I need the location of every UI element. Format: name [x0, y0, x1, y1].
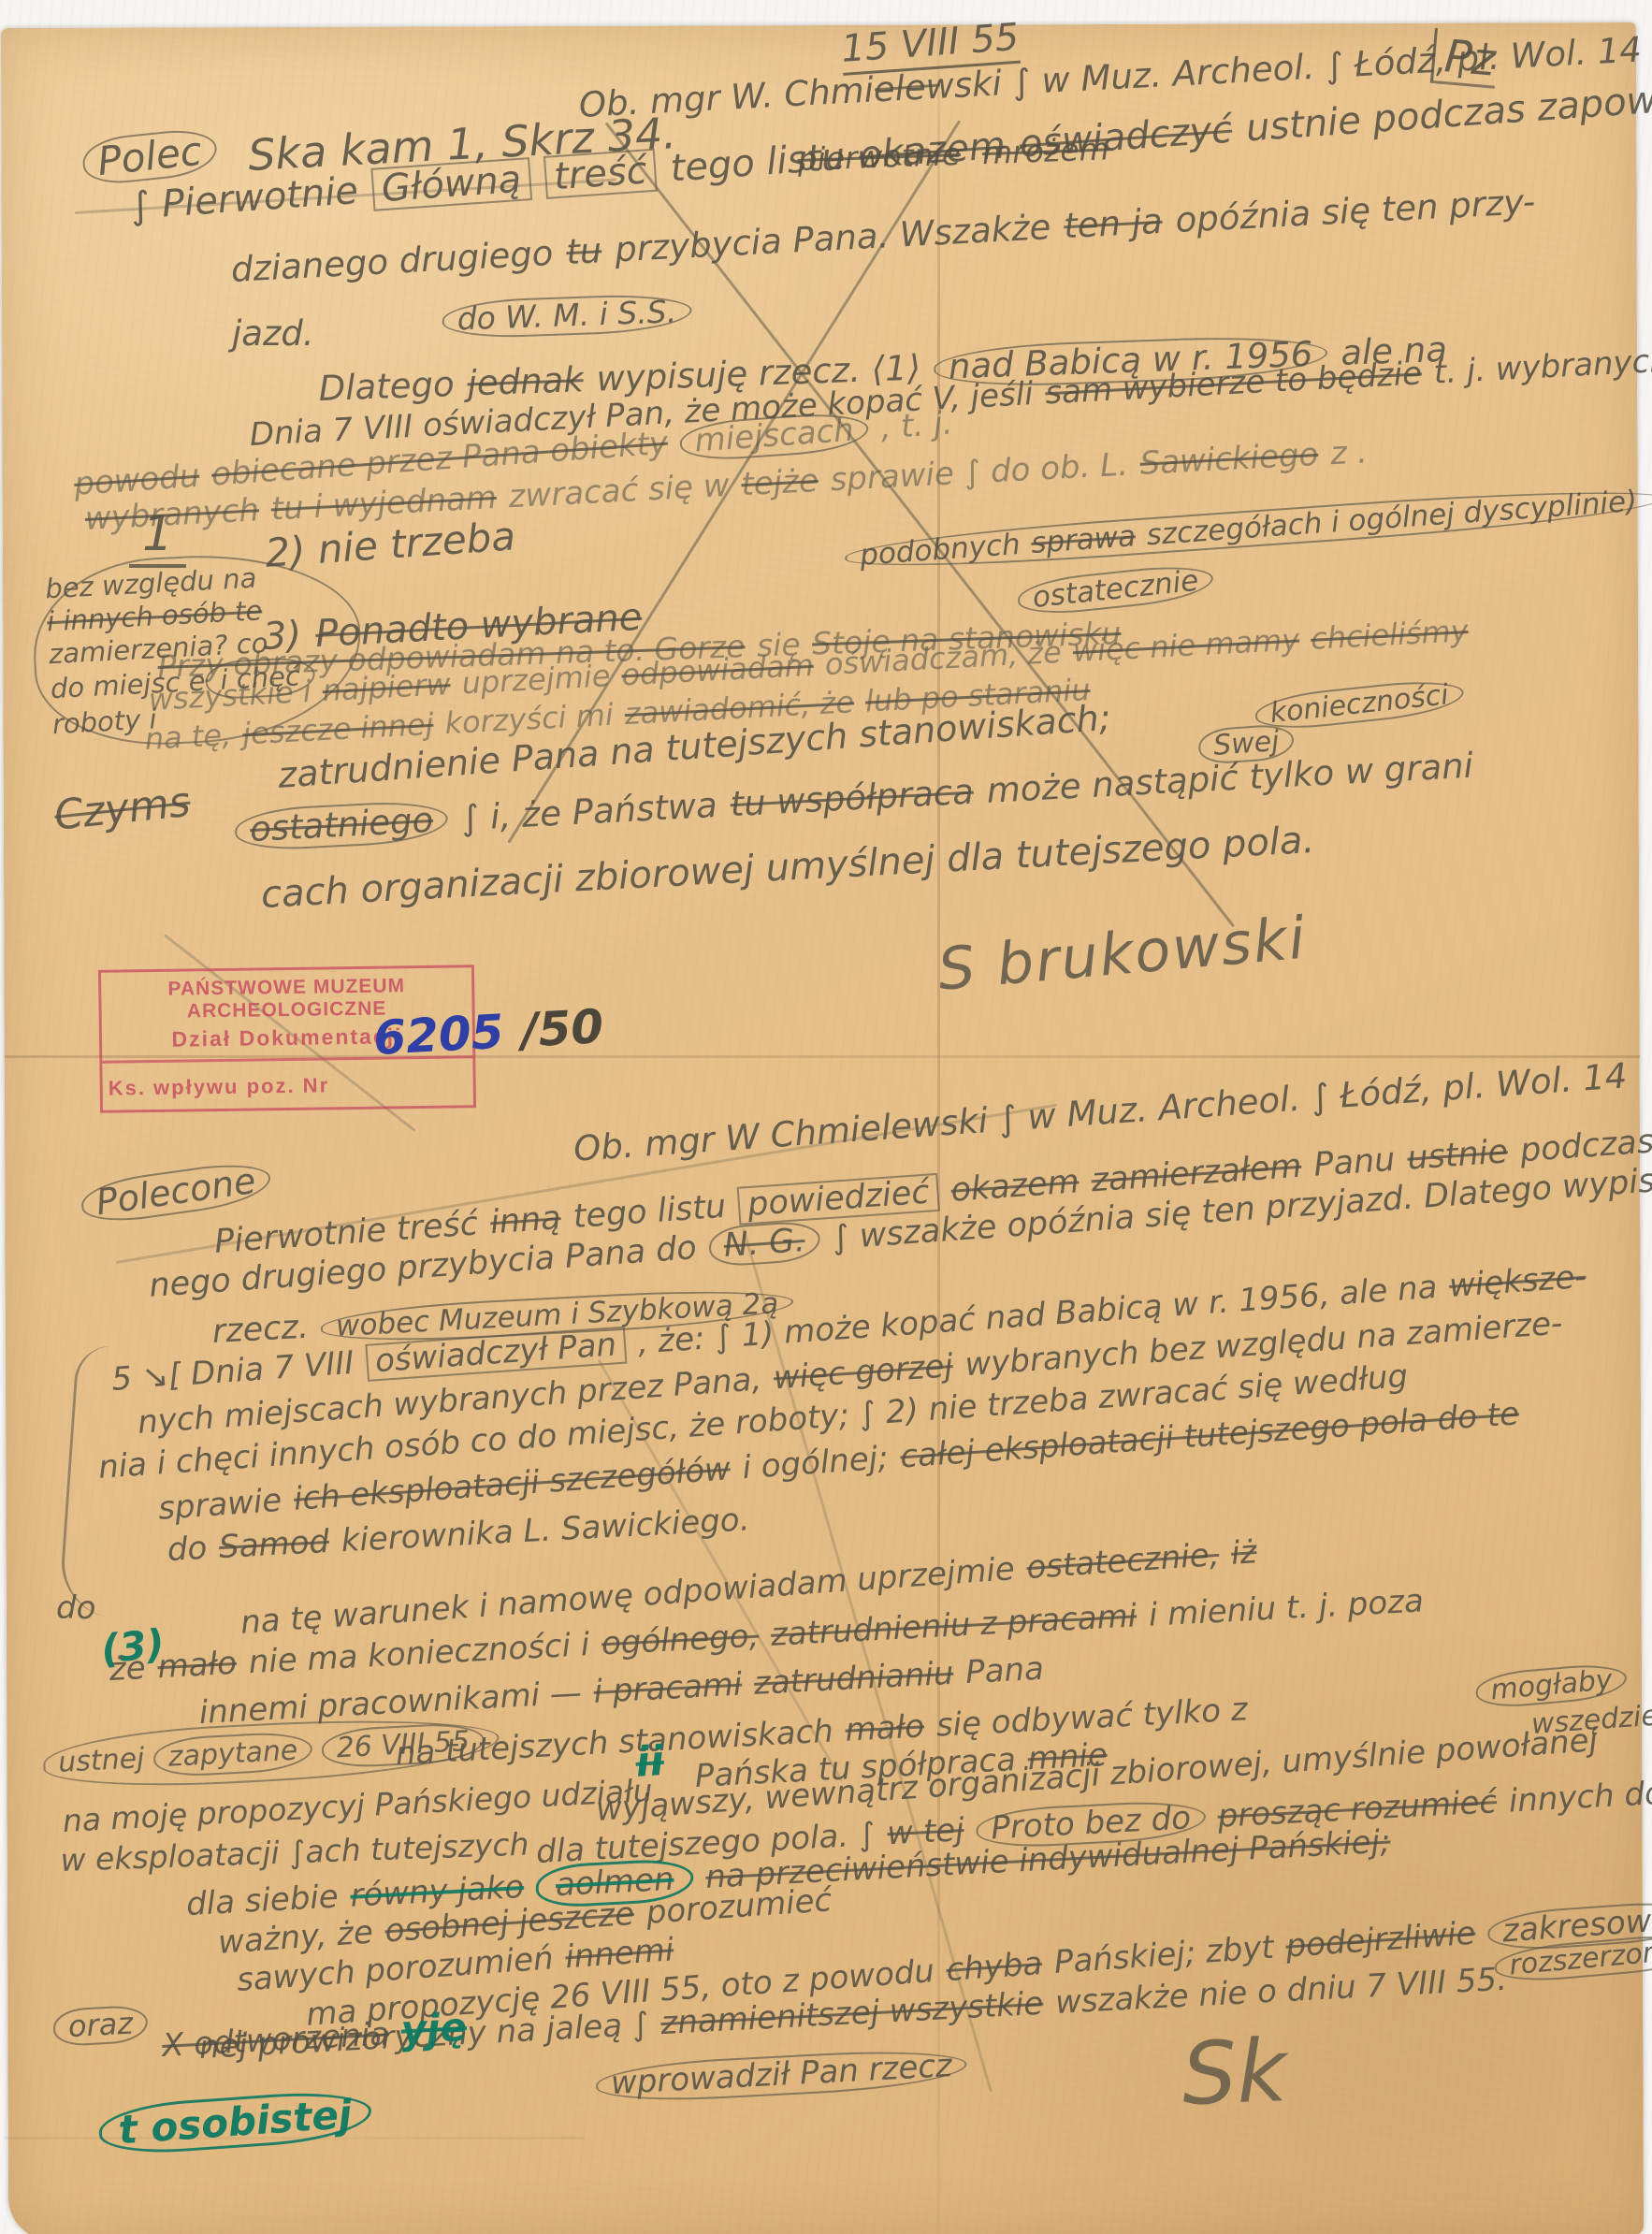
draft2-circle-oraz: oraz	[52, 2004, 160, 2046]
registry-number: 6205/50	[372, 1001, 622, 1063]
museum-stamp-line3: Ks. wpływu poz. Nr	[102, 1058, 473, 1110]
registry-number-blue: 6205	[372, 1005, 505, 1066]
draft1-line-3: jazd.	[232, 316, 314, 353]
draft2-initials: Sk	[1181, 2026, 1288, 2120]
scanned-document: Polec Ska kam 1, Skrz 34. 15 VIII 55 Pz …	[0, 0, 1652, 2234]
registry-number-suffix: /50	[520, 999, 605, 1058]
draft1-margin-number: 1	[129, 509, 205, 560]
green-ii-mark: ii	[634, 1740, 665, 1785]
draft2-margin-do: do	[56, 1592, 95, 1626]
